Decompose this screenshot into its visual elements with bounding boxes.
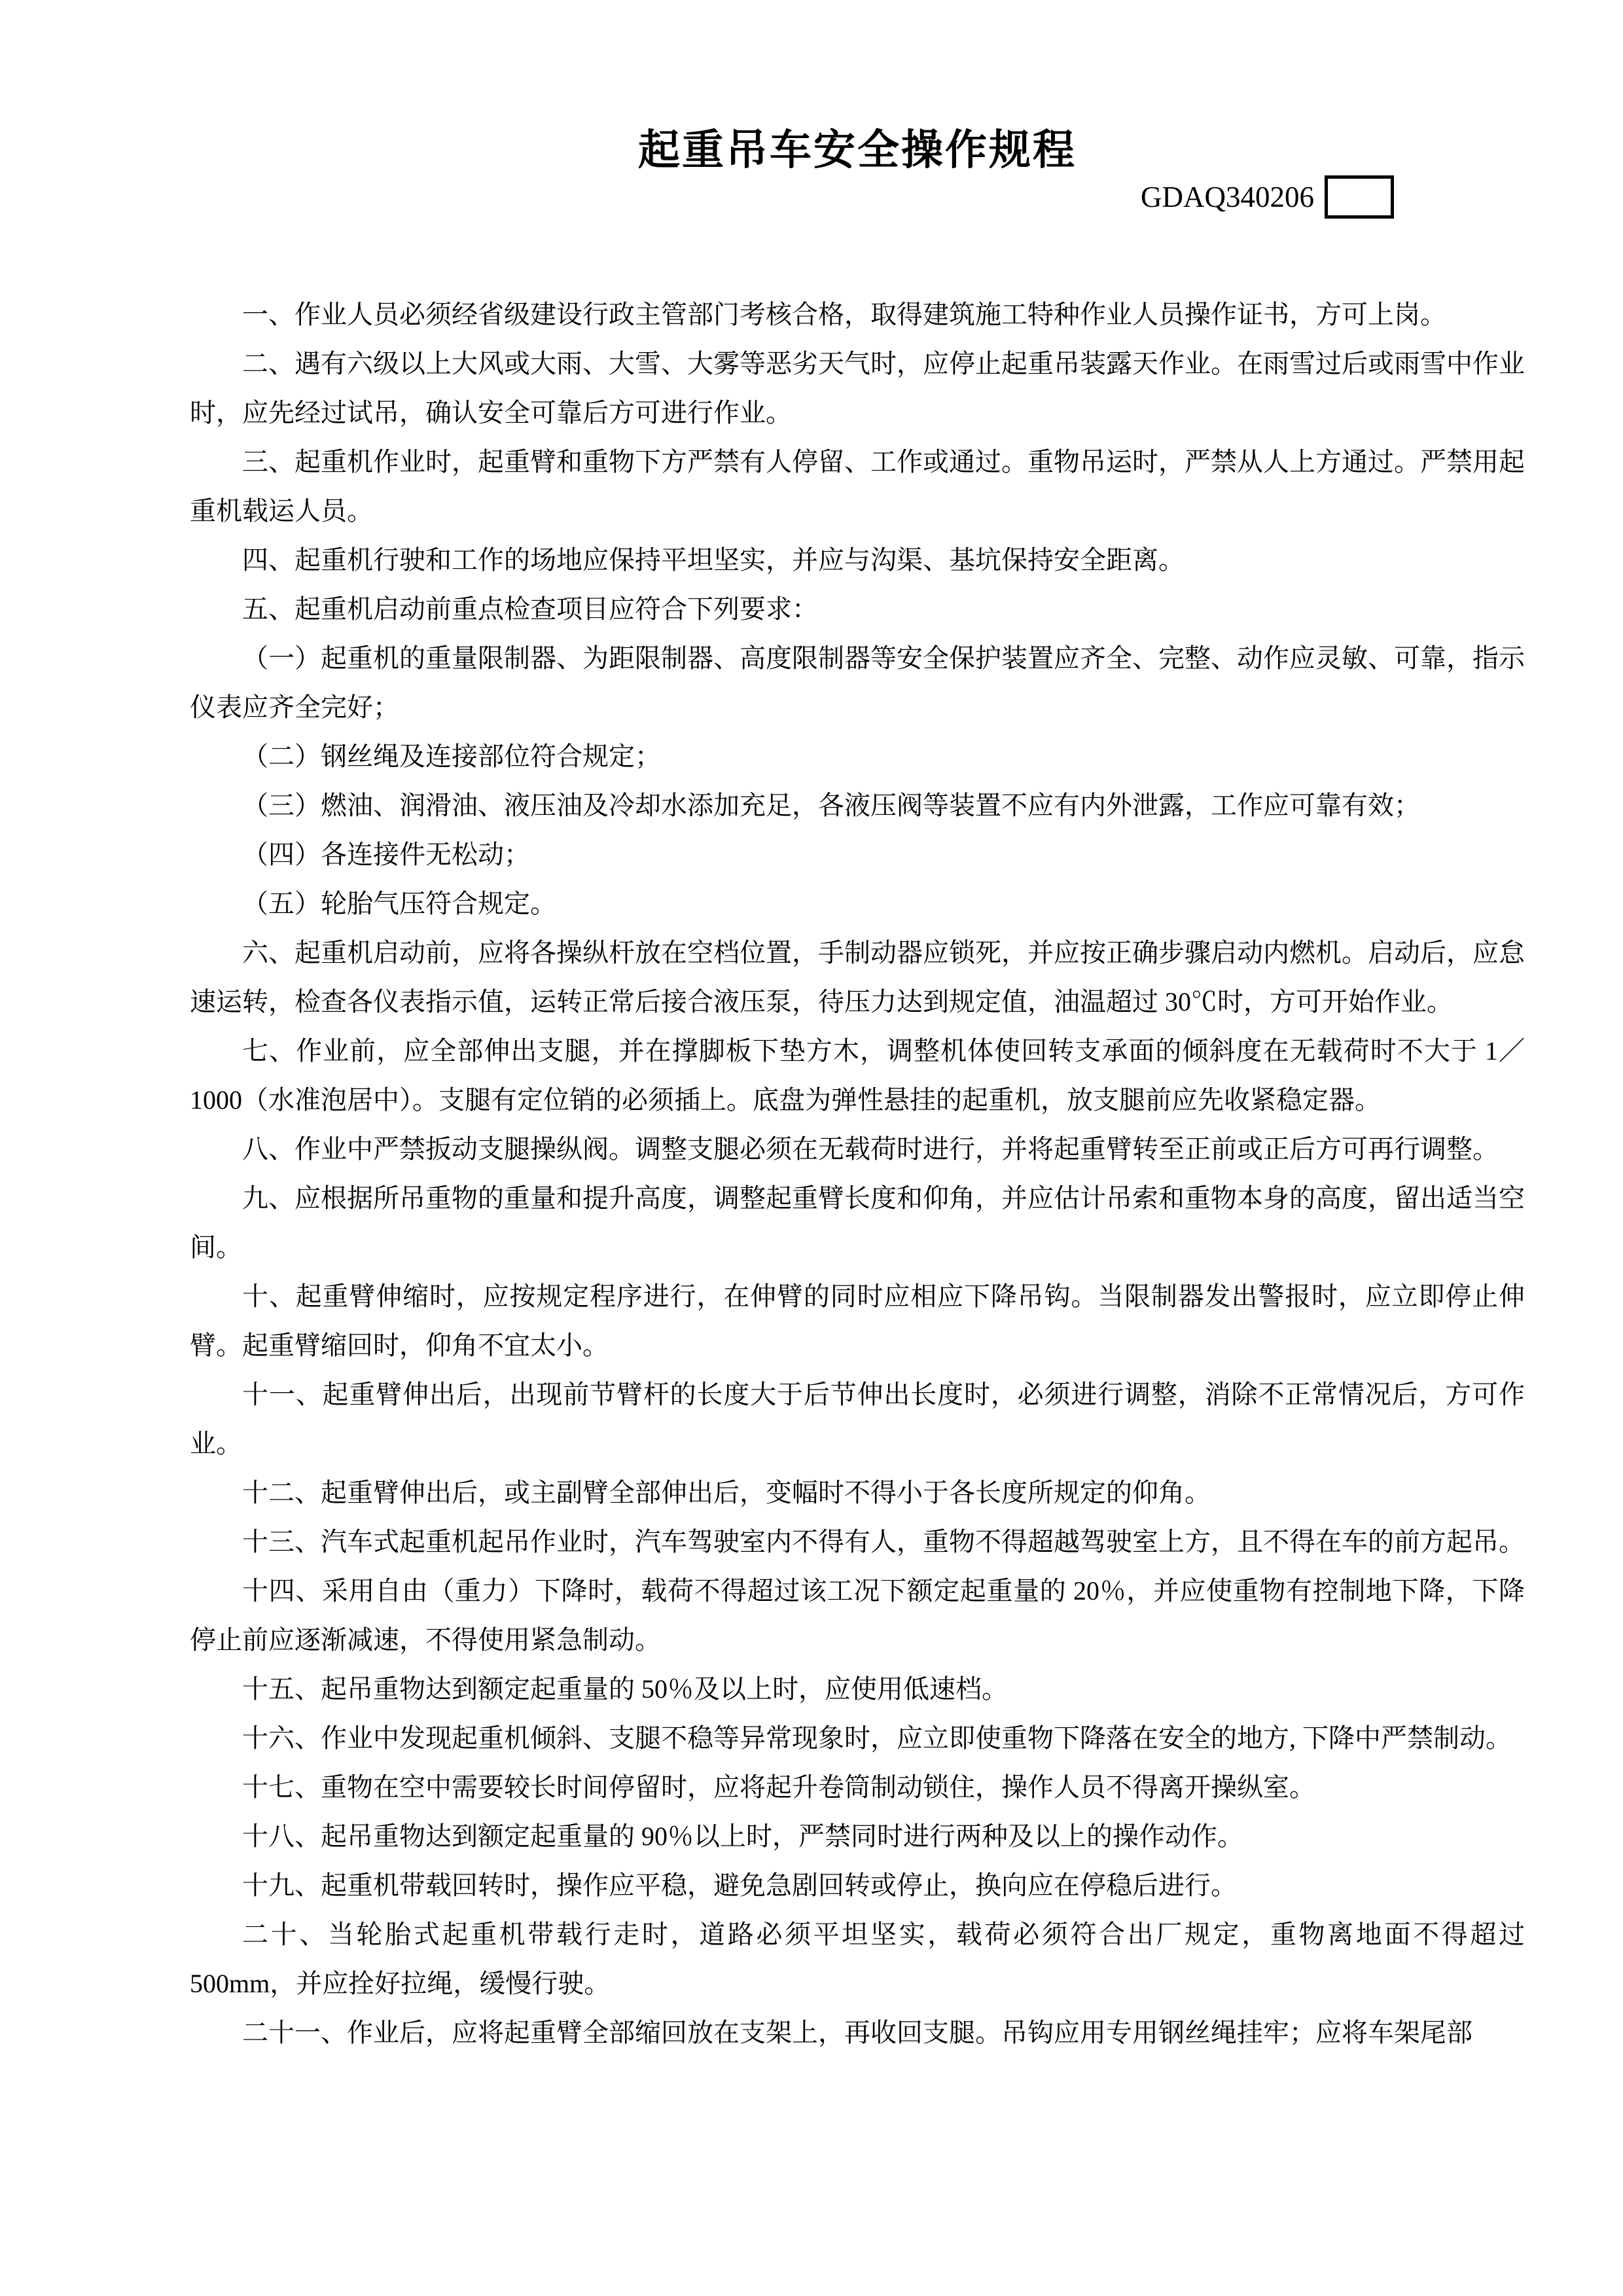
paragraph: 二十一、作业后，应将起重臂全部缩回放在支架上，再收回支腿。吊钩应用专用钢丝绳挂牢… [190, 2008, 1525, 2057]
paragraph: 八、作业中严禁扳动支腿操纵阀。调整支腿必须在无载荷时进行，并将起重臂转至正前或正… [190, 1124, 1525, 1174]
paragraph: 三、起重机作业时，起重臂和重物下方严禁有人停留、工作或通过。重物吊运时，严禁从人… [190, 437, 1525, 535]
paragraph: 十九、起重机带载回转时，操作应平稳，避免急剧回转或停止，换向应在停稳后进行。 [190, 1861, 1525, 1910]
document-page: 起重吊车安全操作规程 GDAQ340206 一、作业人员必须经省级建设行政主管部… [0, 0, 1623, 2296]
paragraph: 一、作业人员必须经省级建设行政主管部门考核合格，取得建筑施工特种作业人员操作证书… [190, 290, 1525, 339]
paragraph: 十、起重臂伸缩时，应按规定程序进行，在伸臂的同时应相应下降吊钩。当限制器发出警报… [190, 1272, 1525, 1370]
doc-code-row: GDAQ340206 [190, 175, 1525, 219]
paragraph: 十五、起吊重物达到额定起重量的 50％及以上时，应使用低速档。 [190, 1664, 1525, 1713]
doc-code-label: GDAQ340206 [1141, 175, 1314, 219]
paragraph: 十一、起重臂伸出后，出现前节臂杆的长度大于后节伸出长度时，必须进行调整，消除不正… [190, 1370, 1525, 1468]
paragraph: 十三、汽车式起重机起吊作业时，汽车驾驶室内不得有人，重物不得超越驾驶室上方，且不… [190, 1517, 1525, 1566]
document-body: 一、作业人员必须经省级建设行政主管部门考核合格，取得建筑施工特种作业人员操作证书… [190, 290, 1525, 2057]
paragraph: 五、起重机启动前重点检查项目应符合下列要求： [190, 584, 1525, 634]
paragraph: （一）起重机的重量限制器、为距限制器、高度限制器等安全保护装置应齐全、完整、动作… [190, 634, 1525, 732]
paragraph: 十六、作业中发现起重机倾斜、支腿不稳等异常现象时，应立即使重物下降落在安全的地方… [190, 1713, 1525, 1763]
paragraph: 十八、起吊重物达到额定起重量的 90％以上时，严禁同时进行两种及以上的操作动作。 [190, 1812, 1525, 1861]
paragraph: （三）燃油、润滑油、液压油及冷却水添加充足，各液压阀等装置不应有内外泄露，工作应… [190, 781, 1525, 830]
paragraph: 二十、当轮胎式起重机带载行走时，道路必须平坦坚实，载荷必须符合出厂规定，重物离地… [190, 1910, 1525, 2008]
paragraph: 十七、重物在空中需要较长时间停留时，应将起升卷筒制动锁住，操作人员不得离开操纵室… [190, 1763, 1525, 1812]
page-title: 起重吊车安全操作规程 [190, 117, 1525, 177]
paragraph: 十二、起重臂伸出后，或主副臂全部伸出后，变幅时不得小于各长度所规定的仰角。 [190, 1468, 1525, 1517]
paragraph: 十四、采用自由（重力）下降时，载荷不得超过该工况下额定起重量的 20％，并应使重… [190, 1566, 1525, 1664]
paragraph: 七、作业前，应全部伸出支腿，并在撑脚板下垫方木，调整机体使回转支承面的倾斜度在无… [190, 1026, 1525, 1124]
paragraph: 二、遇有六级以上大风或大雨、大雪、大雾等恶劣天气时，应停止起重吊装露天作业。在雨… [190, 339, 1525, 437]
doc-code-box [1325, 175, 1394, 219]
paragraph: 四、起重机行驶和工作的场地应保持平坦坚实，并应与沟渠、基坑保持安全距离。 [190, 535, 1525, 584]
paragraph: （二）钢丝绳及连接部位符合规定； [190, 732, 1525, 781]
paragraph: 六、起重机启动前，应将各操纵杆放在空档位置，手制动器应锁死，并应按正确步骤启动内… [190, 928, 1525, 1026]
paragraph: 九、应根据所吊重物的重量和提升高度，调整起重臂长度和仰角，并应估计吊索和重物本身… [190, 1174, 1525, 1272]
paragraph: （四）各连接件无松动； [190, 830, 1525, 879]
paragraph: （五）轮胎气压符合规定。 [190, 879, 1525, 928]
